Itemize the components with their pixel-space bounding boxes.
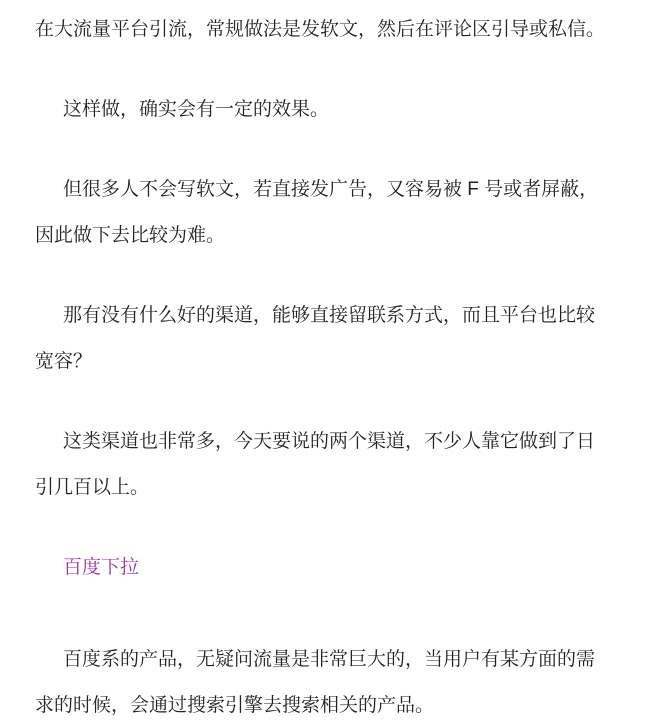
paragraph-line: 这样做，确实会有一定的效果。 — [35, 87, 612, 133]
paragraph-line: 求的时候，会通过搜索引擎去搜索相关的产品。 — [35, 683, 612, 721]
paragraph-line: 但很多人不会写软文，若直接发广告，又容易被 F 号或者屏蔽， — [35, 167, 612, 213]
section-heading-text: 百度下拉 — [35, 545, 612, 591]
paragraph-line: 宽容？ — [35, 339, 612, 385]
paragraph: 百度系的产品，无疑问流量是非常巨大的，当用户有某方面的需 求的时候，会通过搜索引… — [35, 637, 612, 721]
paragraph: 这样做，确实会有一定的效果。 — [35, 87, 612, 133]
paragraph-line: 这类渠道也非常多，今天要说的两个渠道，不少人靠它做到了日 — [35, 419, 612, 465]
paragraph-line: 因此做下去比较为难。 — [35, 213, 612, 259]
paragraph: 这类渠道也非常多，今天要说的两个渠道，不少人靠它做到了日 引几百以上。 — [35, 419, 612, 511]
paragraph-line: 引几百以上。 — [35, 465, 612, 511]
paragraph: 在大流量平台引流，常规做法是发软文，然后在评论区引导或私信。 — [35, 7, 612, 53]
paragraph: 那有没有什么好的渠道，能够直接留联系方式，而且平台也比较 宽容？ — [35, 293, 612, 385]
section-heading: 百度下拉 — [35, 545, 612, 591]
paragraph-line: 那有没有什么好的渠道，能够直接留联系方式，而且平台也比较 — [35, 293, 612, 339]
paragraph-line: 在大流量平台引流，常规做法是发软文，然后在评论区引导或私信。 — [35, 7, 612, 53]
paragraph: 但很多人不会写软文，若直接发广告，又容易被 F 号或者屏蔽， 因此做下去比较为难… — [35, 167, 612, 259]
document-page: 在大流量平台引流，常规做法是发软文，然后在评论区引导或私信。 这样做，确实会有一… — [0, 0, 647, 721]
paragraph-line: 百度系的产品，无疑问流量是非常巨大的，当用户有某方面的需 — [35, 637, 612, 683]
